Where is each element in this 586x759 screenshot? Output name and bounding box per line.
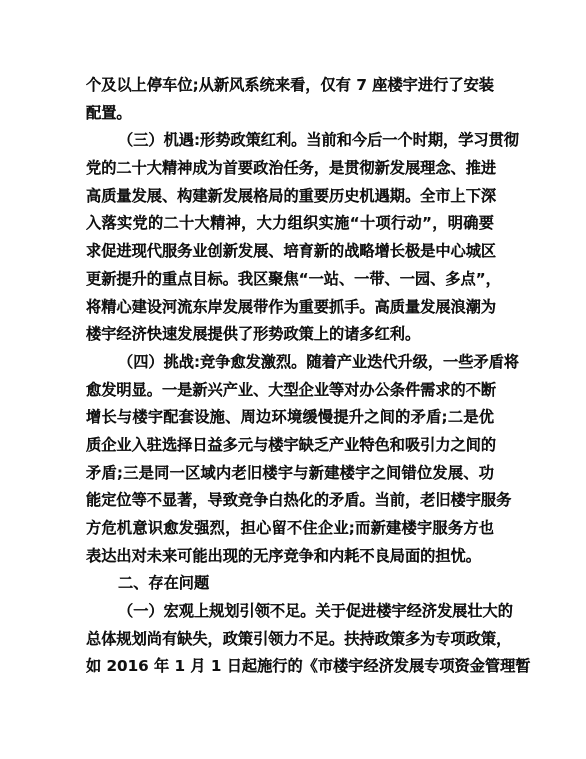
text-line: 入落实党的二十大精神，大力组织实施“十项行动”，明确要 <box>86 210 494 238</box>
text-line: 能定位等不显著，导致竞争白热化的矛盾。当前，老旧楼宇服务 <box>86 487 494 515</box>
text-line: 楼宇经济快速发展提供了形势政策上的诸多红利。 <box>86 321 494 349</box>
paragraph-challenge-heading-line: （四）挑战:竞争愈发激烈。随着产业迭代升级，一些矛盾将 <box>86 349 494 377</box>
text-line: 愈发明显。一是新兴产业、大型企业等对办公条件需求的不断 <box>86 377 494 405</box>
text-line: 总体规划尚有缺失，政策引领力不足。扶持政策多为专项政策， <box>86 626 494 654</box>
text-line: 求促进现代服务业创新发展、培育新的战略增长极是中心城区 <box>86 238 494 266</box>
document-page: 个及以上停车位;从新风系统来看，仅有 7 座楼宇进行了安装 配置。 （三）机遇:… <box>0 0 586 759</box>
text-line: 高质量发展、构建新发展格局的重要历史机遇期。全市上下深 <box>86 183 494 211</box>
paragraph-planning-heading-line: （一）宏观上规划引领不足。关于促进楼宇经济发展壮大的 <box>86 598 494 626</box>
text-line: 增长与楼宇配套设施、周边环境缓慢提升之间的矛盾;二是优 <box>86 404 494 432</box>
text-line: 如 2016 年 1 月 1 日起施行的《市楼宇经济发展专项资金管理暂 <box>86 653 494 681</box>
text-line: 配置。 <box>86 100 494 128</box>
body-text: 个及以上停车位;从新风系统来看，仅有 7 座楼宇进行了安装 配置。 （三）机遇:… <box>86 72 494 681</box>
text-line: 党的二十大精神成为首要政治任务，是贯彻新发展理念、推进 <box>86 155 494 183</box>
text-line: 方危机意识愈发强烈，担心留不住企业;而新建楼宇服务方也 <box>86 515 494 543</box>
text-line: 将精心建设河流东岸发展带作为重要抓手。高质量发展浪潮为 <box>86 294 494 322</box>
text-line: 表达出对未来可能出现的无序竞争和内耗不良局面的担忧。 <box>86 543 494 571</box>
text-line: 质企业入驻选择日益多元与楼宇缺乏产业特色和吸引力之间的 <box>86 432 494 460</box>
section-heading-problems: 二、存在问题 <box>86 570 494 598</box>
text-line: 个及以上停车位;从新风系统来看，仅有 7 座楼宇进行了安装 <box>86 72 494 100</box>
text-line: 矛盾;三是同一区域内老旧楼宇与新建楼宇之间错位发展、功 <box>86 460 494 488</box>
text-line: 更新提升的重点目标。我区聚焦“一站、一带、一园、多点”， <box>86 266 494 294</box>
paragraph-opportunity-heading-line: （三）机遇:形势政策红利。当前和今后一个时期，学习贯彻 <box>86 127 494 155</box>
